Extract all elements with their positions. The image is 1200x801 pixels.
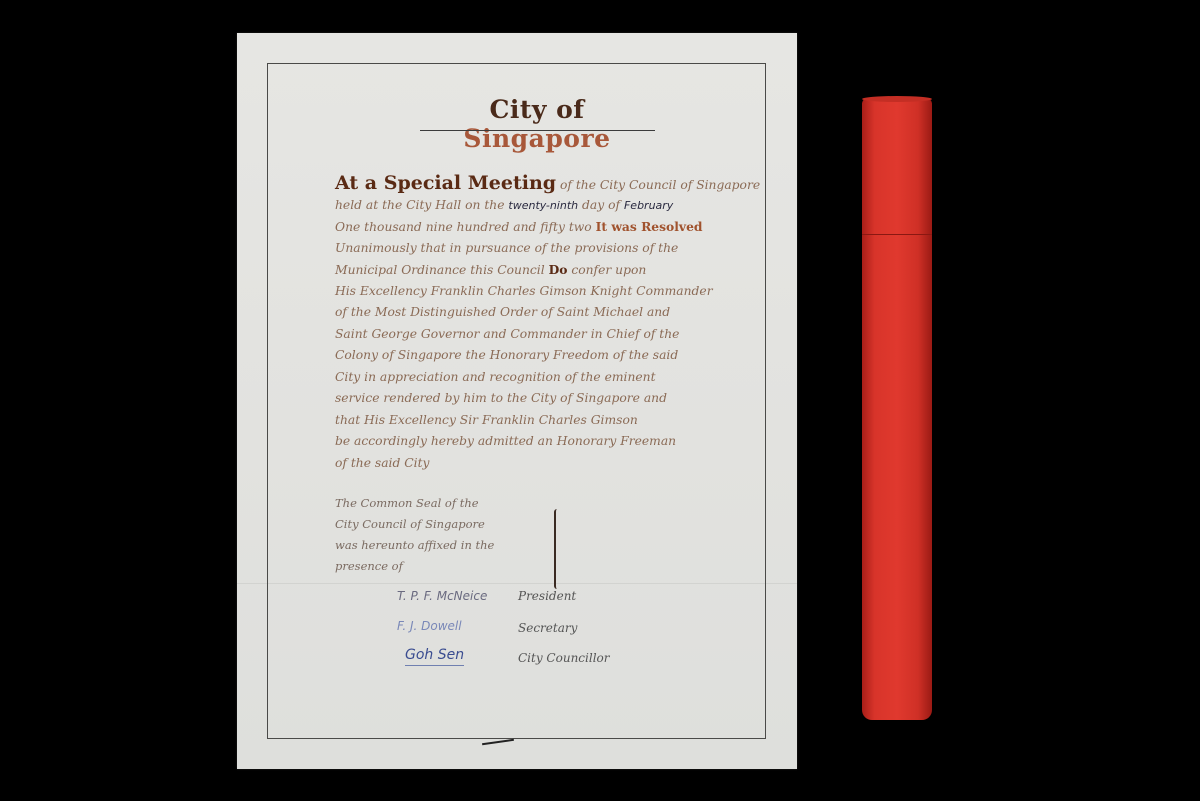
text-line: Unanimously that in pursuance of the pro… [335, 238, 775, 260]
text-line: of the Most Distinguished Order of Saint… [335, 302, 775, 324]
red-document-tube [862, 98, 932, 720]
paper-mark [482, 739, 514, 745]
signature-president: T. P. F. McNeice [397, 589, 487, 603]
text-line: At a Special Meeting of the City Council… [335, 173, 775, 195]
role-councillor: City Councillor [518, 651, 610, 665]
text-line: Colony of Singapore the Honorary Freedom… [335, 345, 775, 367]
title-underline [420, 130, 655, 131]
text-line: service rendered by him to the City of S… [335, 388, 775, 410]
resolution-text: At a Special Meeting of the City Council… [335, 173, 775, 474]
text-line: held at the City Hall on the twenty-nint… [335, 195, 775, 217]
text-line: Saint George Governor and Commander in C… [335, 324, 775, 346]
signature-secretary: F. J. Dowell [397, 619, 462, 633]
text-line: One thousand nine hundred and fifty two … [335, 216, 775, 238]
role-president: President [518, 589, 576, 603]
role-secretary: Secretary [518, 621, 577, 635]
brace-mark [554, 509, 560, 589]
freedom-certificate: City of Singapore At a Special Meeting o… [237, 33, 797, 769]
document-title: City of Singapore [417, 95, 657, 153]
text-line: of the said City [335, 453, 775, 475]
signature-councillor: Goh Sen [405, 647, 464, 666]
handwritten-day: twenty-ninth [508, 199, 578, 212]
text-line: His Excellency Franklin Charles Gimson K… [335, 281, 775, 303]
common-seal-clause: The Common Seal of the City Council of S… [335, 493, 535, 577]
text-line: be accordingly hereby admitted an Honora… [335, 431, 775, 453]
text-line: Municipal Ordinance this Council Do conf… [335, 259, 775, 281]
text-line: that His Excellency Sir Franklin Charles… [335, 410, 775, 432]
text-line: City in appreciation and recognition of … [335, 367, 775, 389]
handwritten-month: February [624, 199, 673, 212]
tube-cap [862, 98, 932, 235]
